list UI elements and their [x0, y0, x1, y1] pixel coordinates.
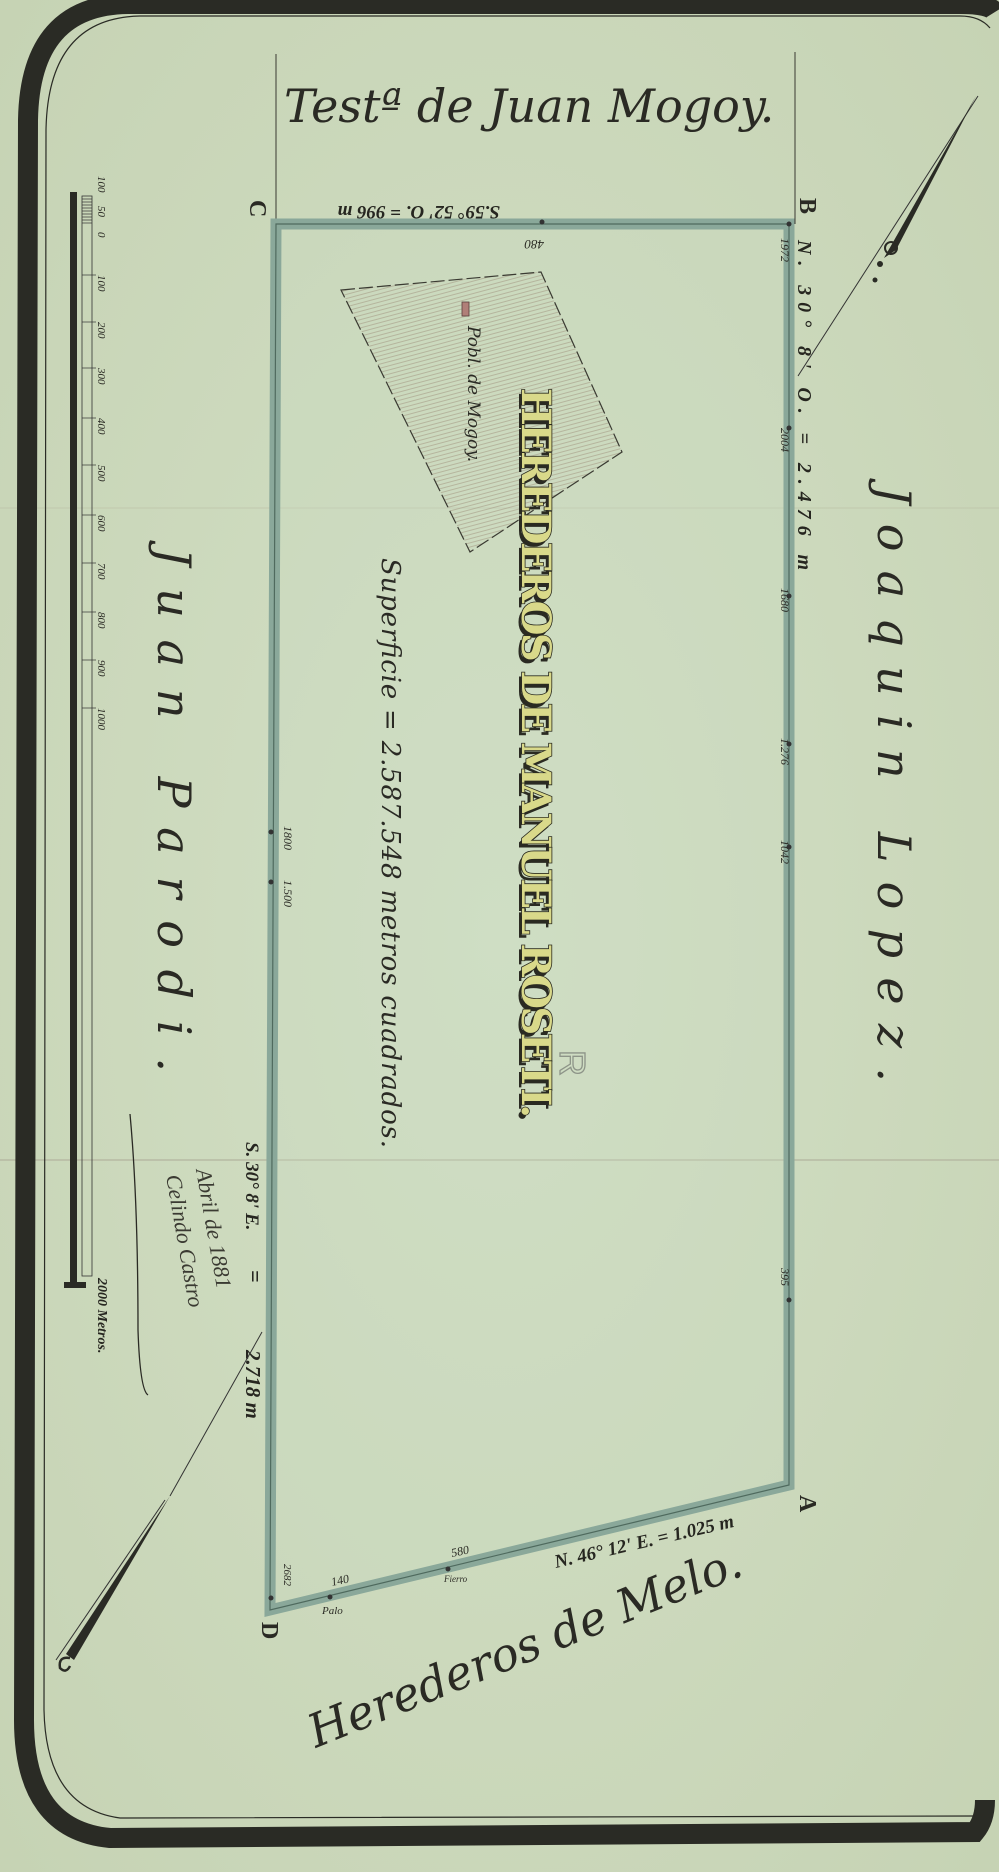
station-mark: 1.276: [778, 738, 792, 765]
scale-tick-label: 200: [95, 322, 107, 339]
scale-tick-label: 100: [95, 275, 107, 292]
map-canvas: C B A D Testª de Juan Mogoy. Joaquin Lop…: [0, 0, 999, 1872]
scale-tick-label: 900: [95, 660, 107, 677]
station-mark: 2004: [778, 428, 792, 452]
scale-tick-label: 0: [95, 232, 107, 238]
side-left-length: 2.718 m: [241, 1349, 265, 1419]
station-mark: 1972: [778, 238, 792, 262]
scale-tick-label: 1000: [95, 708, 107, 731]
station-mark: 2682: [281, 1564, 293, 1587]
corner-label-c: C: [244, 200, 270, 217]
scale-tick-label: 50: [95, 206, 107, 218]
pencil-annotation: R: [552, 1050, 593, 1076]
parcel-area-label: Superficie = 2.587.548 metros cuadrados.: [375, 558, 405, 1148]
scale-tick-label: 500: [95, 465, 107, 482]
inner-plot-label: Pobl. de Mogoy.: [463, 325, 483, 462]
parcel-title-text: HEREDEROS DE MANUEL ROSETI.: [512, 388, 559, 1118]
station-mark: 1680: [778, 588, 792, 612]
neighbor-left-label: Juan Parodi.: [147, 540, 201, 1078]
scale-tick-label: 400: [95, 418, 107, 435]
side-top-bearing: S.59° 52' O. = 996 m: [337, 201, 500, 222]
scale-tick-label: 800: [95, 612, 107, 629]
scale-tick-label: 300: [95, 367, 107, 385]
station-mark: 1042: [778, 840, 792, 864]
station-note: Fierro: [443, 1574, 468, 1584]
corner-label-a: A: [794, 1495, 820, 1513]
neighbor-top-label: Testª de Juan Mogoy.: [284, 79, 774, 133]
station-mark: 1.500: [281, 880, 295, 907]
station-mark: 395: [778, 1267, 792, 1286]
scale-end-label: 2000 Metros.: [94, 1277, 109, 1353]
side-left-equals: =: [243, 1270, 268, 1283]
building-marker-icon: [462, 302, 469, 316]
scale-tick-label: 700: [95, 563, 107, 580]
corner-label-d: D: [256, 1622, 282, 1639]
side-left-direction: S. 30° 8' E.: [241, 1142, 262, 1230]
survey-map-sheet: C B A D Testª de Juan Mogoy. Joaquin Lop…: [0, 0, 999, 1872]
corner-label-b: B: [794, 198, 820, 214]
station-note: Palo: [321, 1605, 343, 1617]
station-mark: 1800: [281, 826, 295, 850]
scale-tick-label: 100: [95, 176, 107, 193]
scale-tick-label: 600: [95, 515, 107, 532]
station-mark: 480: [524, 237, 544, 252]
parcel-title: HEREDEROS DE MANUEL ROSETI. HEREDEROS DE…: [509, 388, 559, 1122]
